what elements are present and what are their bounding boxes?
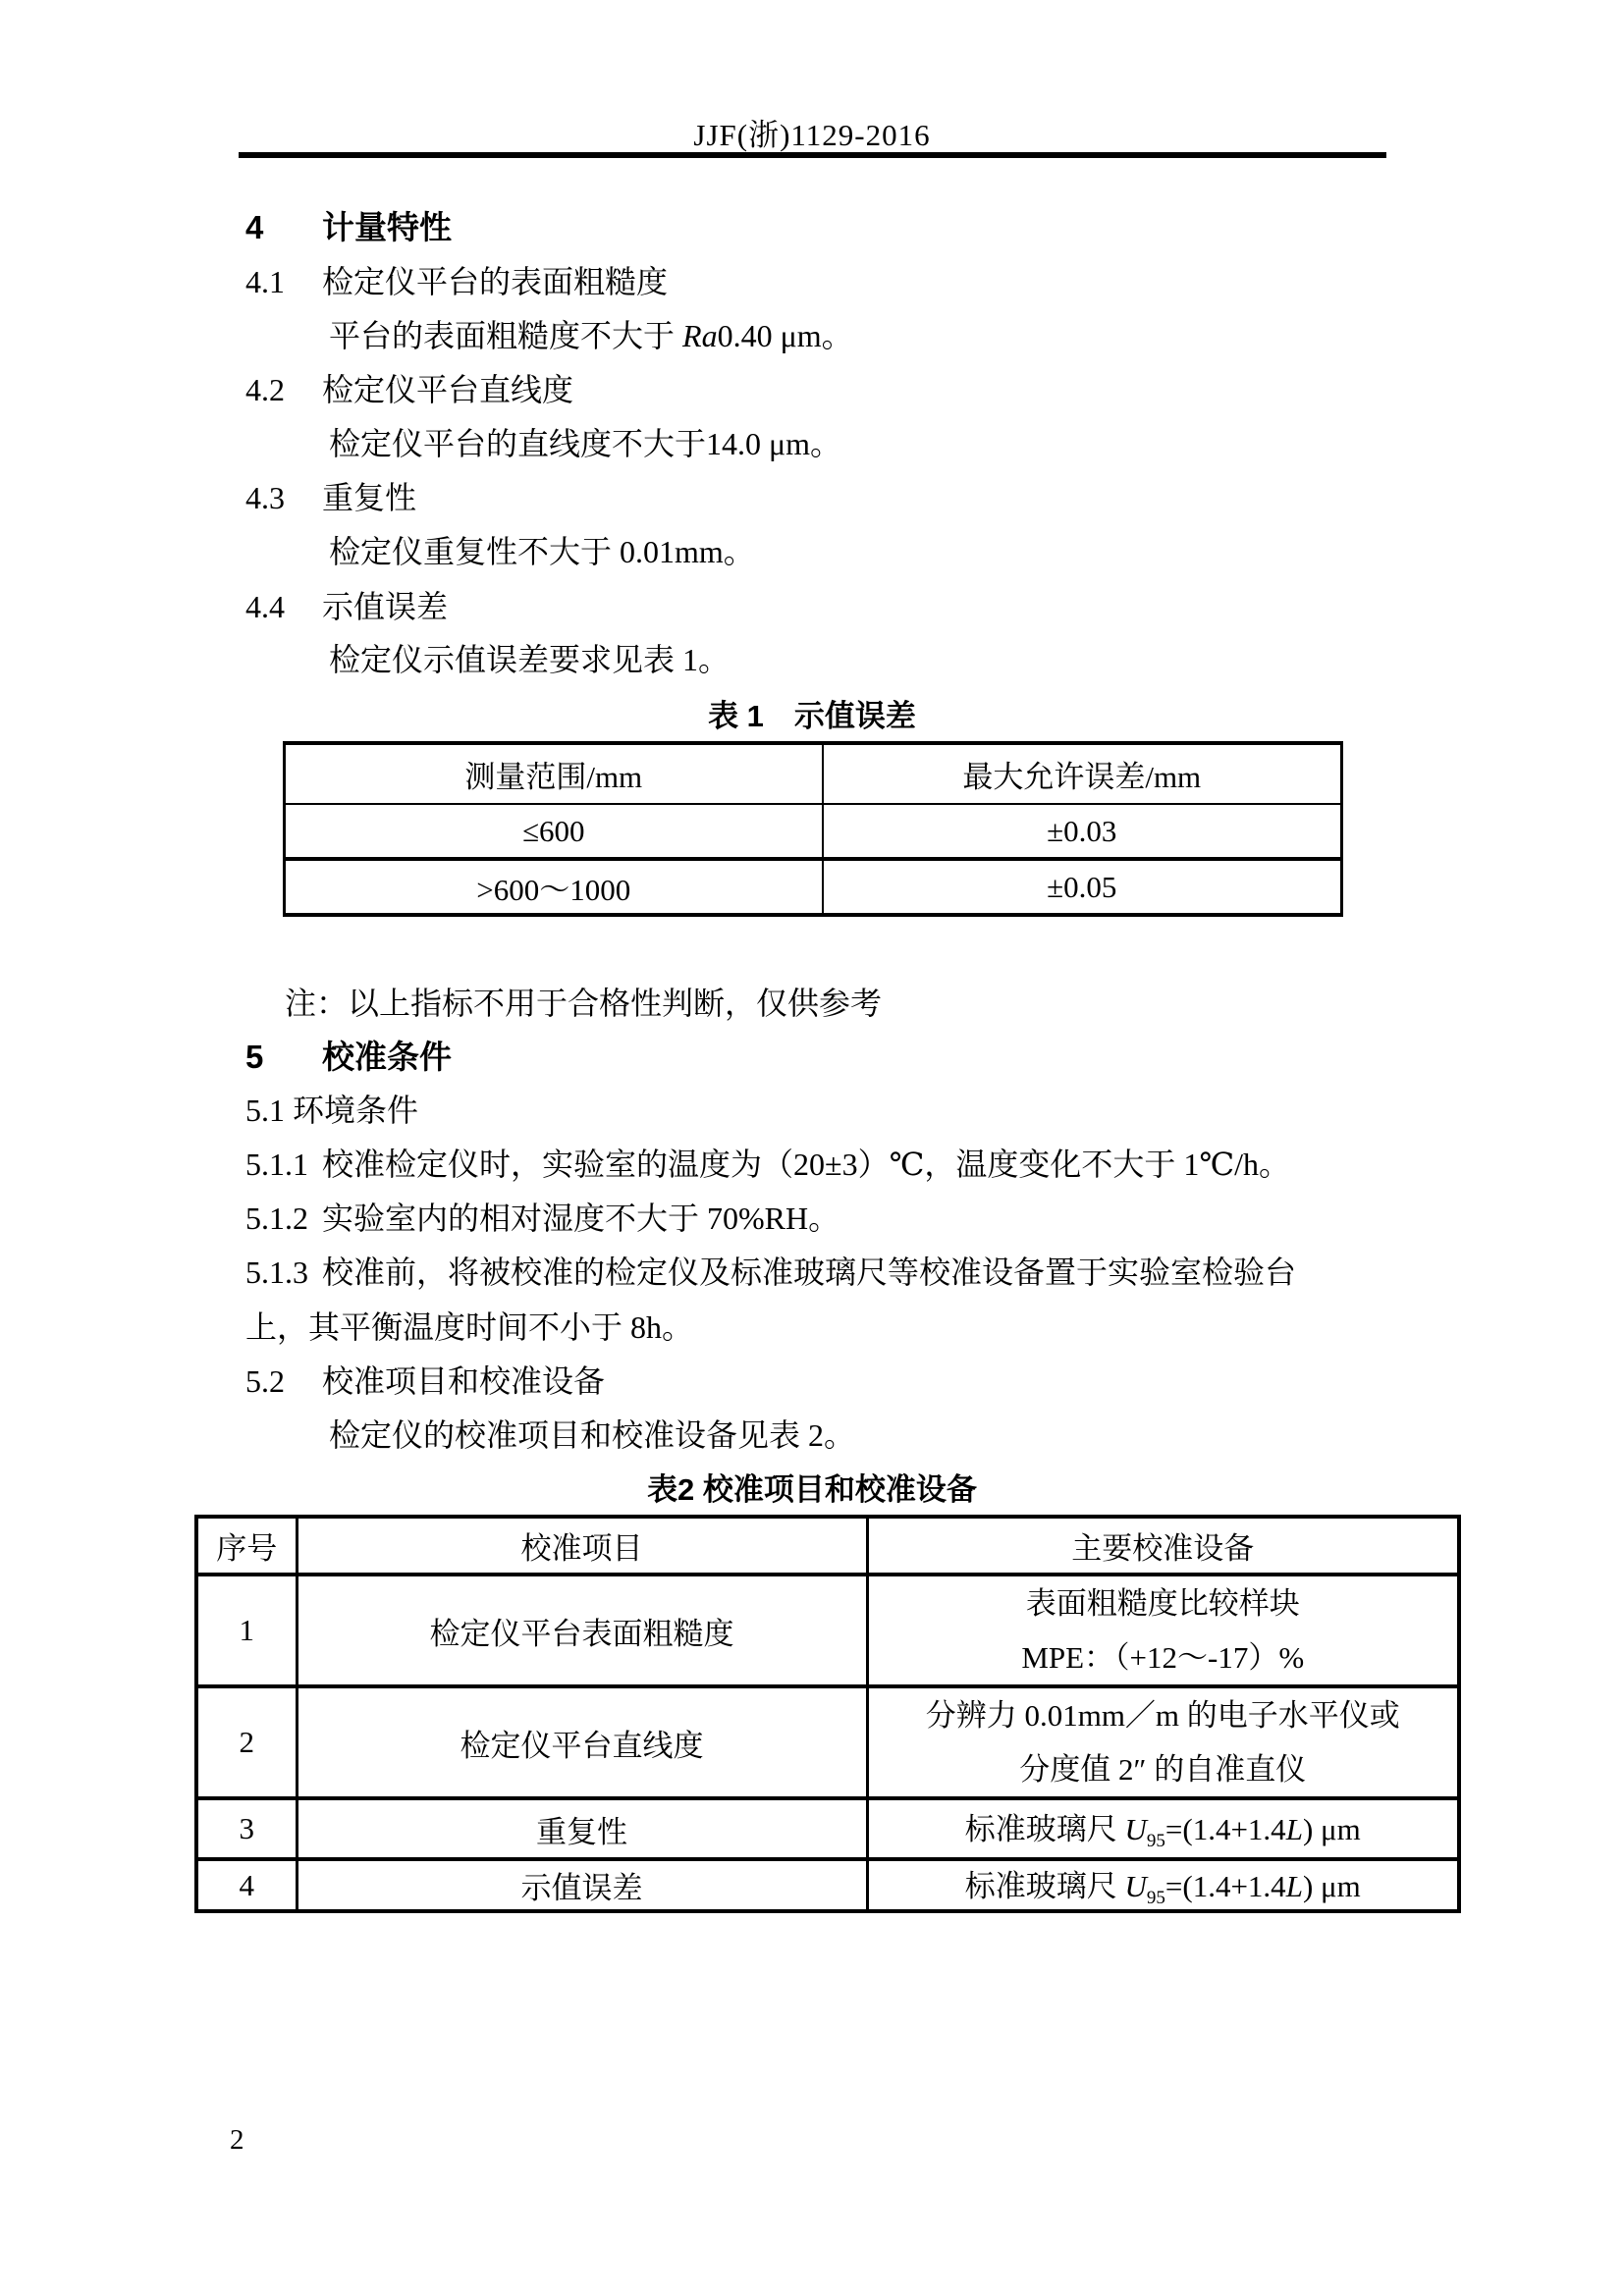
clause-4-4-number: 4.4: [245, 585, 322, 628]
table1-cell-range-1: ≤600: [285, 804, 823, 859]
clause-4-2-title: 检定仪平台直线度: [322, 372, 573, 407]
table2-row1-no: 1: [196, 1575, 297, 1686]
clause-4-4-title: 示值误差: [322, 589, 448, 624]
device-unit: ) μm: [1303, 1869, 1361, 1903]
clause-4-1-body-post: 0.40 μm。: [718, 318, 853, 353]
symbol-U: U: [1125, 1869, 1147, 1903]
clause-5-1-1-number: 5.1.1: [245, 1143, 322, 1186]
symbol-U-subscript: 95: [1147, 1832, 1165, 1852]
clause-4-2-body: 检定仪平台的直线度不大于14.0 μm。: [329, 422, 841, 465]
clause-5-1-2-body: 实验室内的相对湿度不大于 70%RH。: [322, 1201, 839, 1236]
table-row: 4 示值误差 标准玻璃尺 U95=(1.4+1.4L) μm: [196, 1859, 1459, 1911]
table2-caption: 表2 校准项目和校准设备: [0, 1468, 1624, 1512]
table2-row2-no: 2: [196, 1686, 297, 1798]
clause-5-1: 5.1环境条件: [245, 1089, 418, 1132]
table1-caption: 表 1 示值误差: [0, 695, 1624, 738]
table2-row2-device-line2: 分度值 2″ 的自准直仪: [869, 1742, 1458, 1796]
table1-cell-mpe-2: ±0.05: [823, 859, 1342, 915]
clause-4-3-number: 4.3: [245, 476, 322, 519]
clause-4-3-body: 检定仪重复性不大于 0.01mm。: [329, 530, 755, 573]
clause-4-1-title: 检定仪平台的表面粗糙度: [322, 264, 668, 299]
clause-5-2-title: 校准项目和校准设备: [322, 1363, 605, 1399]
table2-header-no: 序号: [196, 1517, 297, 1575]
table2-row2-device: 分辨力 0.01mm／m 的电子水平仪或 分度值 2″ 的自准直仪: [867, 1686, 1459, 1798]
section-4-title: 计量特性: [322, 209, 452, 245]
document-page: JJF(浙)1129-2016 4计量特性 4.1检定仪平台的表面粗糙度 平台的…: [0, 0, 1624, 2296]
table2-row4-item: 示值误差: [297, 1859, 867, 1911]
table2-row1-device: 表面粗糙度比较样块 MPE：（+12～-17）%: [867, 1575, 1459, 1686]
clause-5-1-1-body: 校准检定仪时，实验室的温度为（20±3）℃，温度变化不大于 1℃/h。: [322, 1147, 1290, 1182]
device-unit: ) μm: [1303, 1812, 1361, 1846]
table2-row4-no: 4: [196, 1859, 297, 1911]
table2-row3-no: 3: [196, 1798, 297, 1859]
clause-5-1-3: 5.1.3校准前，将被校准的检定仪及标准玻璃尺等校准设备置于实验室检验台: [245, 1251, 1296, 1294]
header-rule: [239, 152, 1386, 158]
table2-row3-item: 重复性: [297, 1798, 867, 1859]
table-row: 1 检定仪平台表面粗糙度 表面粗糙度比较样块 MPE：（+12～-17）%: [196, 1575, 1459, 1686]
table1-header-range: 测量范围/mm: [285, 743, 823, 804]
symbol-L: L: [1286, 1869, 1303, 1903]
clause-5-1-3-body: 校准前，将被校准的检定仪及标准玻璃尺等校准设备置于实验室检验台: [322, 1255, 1296, 1290]
clause-4-4: 4.4示值误差: [245, 585, 448, 628]
clause-5-1-title: 环境条件: [293, 1093, 418, 1128]
clause-5-2-number: 5.2: [245, 1360, 322, 1403]
symbol-Ra: Ra: [682, 318, 718, 353]
clause-4-3: 4.3重复性: [245, 476, 416, 519]
table1-note: 注：以上指标不用于合格性判断，仅供参考: [285, 982, 882, 1025]
clause-5-1-3-continuation: 上，其平衡温度时间不小于 8h。: [245, 1306, 693, 1349]
table1-header-mpe: 最大允许误差/mm: [823, 743, 1342, 804]
symbol-U-subscript: 95: [1147, 1888, 1165, 1908]
device-formula: =(1.4+1.4: [1165, 1869, 1286, 1903]
page-number: 2: [230, 2118, 244, 2162]
table2-header-row: 序号 校准项目 主要校准设备: [196, 1517, 1459, 1575]
symbol-L: L: [1286, 1812, 1303, 1846]
clause-5-2-body: 检定仪的校准项目和校准设备见表 2。: [329, 1414, 855, 1457]
table-row: >600～1000 ±0.05: [285, 859, 1342, 915]
clause-5-1-2: 5.1.2实验室内的相对湿度不大于 70%RH。: [245, 1197, 839, 1240]
clause-5-1-number: 5.1: [245, 1089, 285, 1132]
section-4-number: 4: [245, 206, 322, 249]
section-5-number: 5: [245, 1036, 322, 1079]
device-text: 标准玻璃尺: [965, 1812, 1125, 1846]
table-row: 3 重复性 标准玻璃尺 U95=(1.4+1.4L) μm: [196, 1798, 1459, 1859]
table1-header-row: 测量范围/mm 最大允许误差/mm: [285, 743, 1342, 804]
symbol-U: U: [1125, 1812, 1147, 1846]
clause-5-1-1: 5.1.1校准检定仪时，实验室的温度为（20±3）℃，温度变化不大于 1℃/h。: [245, 1143, 1290, 1186]
table1-cell-mpe-1: ±0.03: [823, 804, 1342, 859]
table2-row3-device: 标准玻璃尺 U95=(1.4+1.4L) μm: [867, 1798, 1459, 1859]
table1: 测量范围/mm 最大允许误差/mm ≤600 ±0.03 >600～1000 ±…: [283, 741, 1343, 917]
clause-4-3-title: 重复性: [322, 480, 416, 515]
table2-header-device: 主要校准设备: [867, 1517, 1459, 1575]
table2-row1-device-line2: MPE：（+12～-17）%: [869, 1630, 1458, 1684]
table2-row2-item: 检定仪平台直线度: [297, 1686, 867, 1798]
section-5-title: 校准条件: [322, 1039, 452, 1075]
clause-4-1-body-pre: 平台的表面粗糙度不大于: [329, 318, 682, 353]
clause-4-4-body: 检定仪示值误差要求见表 1。: [329, 638, 730, 681]
clause-4-2: 4.2检定仪平台直线度: [245, 368, 573, 411]
section-5-heading: 5校准条件: [245, 1036, 452, 1079]
table2-row1-device-line1: 表面粗糙度比较样块: [869, 1576, 1458, 1630]
clause-4-1-number: 4.1: [245, 260, 322, 303]
doc-number-header: JJF(浙)1129-2016: [0, 114, 1624, 157]
table2: 序号 校准项目 主要校准设备 1 检定仪平台表面粗糙度 表面粗糙度比较样块 MP…: [194, 1515, 1461, 1913]
clause-5-1-2-number: 5.1.2: [245, 1197, 322, 1240]
device-formula: =(1.4+1.4: [1165, 1812, 1286, 1846]
clause-5-2: 5.2校准项目和校准设备: [245, 1360, 605, 1403]
table2-row2-device-line1: 分辨力 0.01mm／m 的电子水平仪或: [869, 1688, 1458, 1742]
device-text: 标准玻璃尺: [965, 1869, 1125, 1903]
table2-header-item: 校准项目: [297, 1517, 867, 1575]
table-row: 2 检定仪平台直线度 分辨力 0.01mm／m 的电子水平仪或 分度值 2″ 的…: [196, 1686, 1459, 1798]
clause-4-1-body: 平台的表面粗糙度不大于 Ra0.40 μm。: [329, 314, 853, 357]
clause-5-1-3-number: 5.1.3: [245, 1251, 322, 1294]
clause-4-1: 4.1检定仪平台的表面粗糙度: [245, 260, 668, 303]
table2-row1-item: 检定仪平台表面粗糙度: [297, 1575, 867, 1686]
table-row: ≤600 ±0.03: [285, 804, 1342, 859]
table1-cell-range-2: >600～1000: [285, 859, 823, 915]
table2-row4-device: 标准玻璃尺 U95=(1.4+1.4L) μm: [867, 1859, 1459, 1911]
clause-4-2-number: 4.2: [245, 368, 322, 411]
section-4-heading: 4计量特性: [245, 206, 452, 249]
